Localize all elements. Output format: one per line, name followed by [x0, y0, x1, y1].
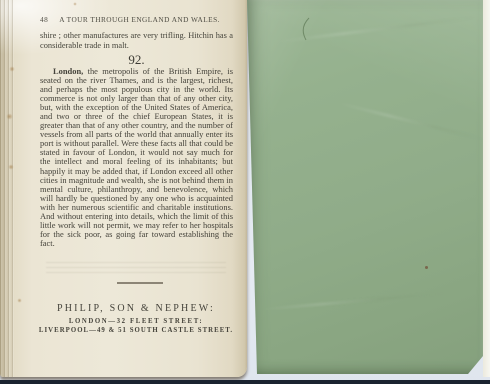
imprint-rule: [117, 282, 163, 284]
foxing-spot: [8, 164, 14, 170]
show-through-texture: [46, 262, 226, 277]
page-number: 48: [40, 15, 48, 24]
scanned-book-spread: 48 A TOUR THROUGH ENGLAND AND WALES. shi…: [0, 0, 490, 384]
running-title: A TOUR THROUGH ENGLAND AND WALES.: [59, 15, 220, 24]
foxing-spot: [17, 298, 22, 303]
fore-edge-strip: [483, 0, 490, 377]
entry-text: the metropolis of the British Empire, is…: [40, 66, 233, 248]
foxing-spot: [73, 2, 77, 6]
publisher-name: PHILIP, SON & NEPHEW:: [24, 303, 248, 314]
publisher-address-london: LONDON—32 FLEET STREET:: [24, 318, 248, 325]
running-header: 48 A TOUR THROUGH ENGLAND AND WALES.: [40, 15, 233, 24]
continuation-paragraph: shire ; other manufactures are very trif…: [40, 31, 233, 50]
page-edge-stack: [0, 0, 14, 377]
paper-crease: [339, 102, 485, 141]
publisher-imprint: PHILIP, SON & NEPHEW: LONDON—32 FLEET ST…: [24, 303, 248, 334]
publisher-address-liverpool: LIVERPOOL—49 & 51 SOUTH CASTLE STREET.: [24, 327, 248, 334]
scan-edge: [0, 380, 490, 384]
entry-paragraph: London, the metropolis of the British Em…: [40, 67, 233, 248]
ink-speck: [425, 266, 428, 269]
pen-mark: [299, 16, 313, 42]
foxing-spot: [9, 66, 15, 72]
green-cover-page: [247, 0, 483, 374]
foxing-spot: [6, 113, 13, 120]
left-page: 48 A TOUR THROUGH ENGLAND AND WALES. shi…: [0, 0, 247, 377]
paper-crease: [257, 292, 447, 312]
